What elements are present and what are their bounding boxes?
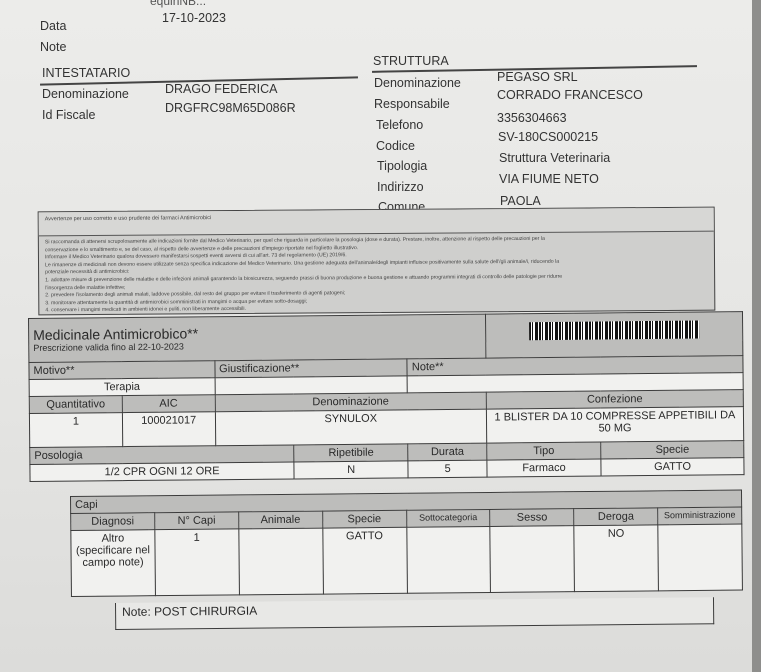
struttura-denominazione-value: PEGASO SRL — [497, 70, 578, 84]
tipologia-value: Struttura Veterinaria — [499, 151, 610, 165]
telefono-label: Telefono — [376, 118, 423, 132]
motivo-value: Terapia — [29, 378, 215, 397]
indirizzo-value: VIA FIUME NETO — [499, 172, 599, 186]
capi-somministrazione-value — [658, 524, 743, 591]
specie-value: GATTO — [601, 458, 744, 476]
data-value: 17-10-2023 — [162, 11, 226, 25]
id-fiscale-label: Id Fiscale — [42, 108, 96, 122]
note-label: Note — [40, 40, 66, 54]
comune-value: PAOLA — [500, 194, 541, 208]
responsabile-value: CORRADO FRANCESCO — [497, 88, 643, 102]
capi-header-deroga: Deroga — [574, 508, 658, 526]
quantitativo-header: Quantitativo — [29, 396, 122, 414]
capi-header-somministrazione: Somministrazione — [658, 507, 742, 525]
giustificazione-value — [215, 376, 408, 395]
data-label: Data — [40, 19, 66, 33]
giustificazione-header: Giustificazione** — [215, 359, 408, 378]
avvertenze-body: Si raccomanda di attenersi scrupolosamen… — [39, 232, 715, 319]
aic-header: AIC — [122, 395, 215, 413]
indirizzo-label: Indirizzo — [377, 180, 424, 194]
aic-value: 100021017 — [122, 412, 215, 447]
motivo-header: Motivo** — [29, 361, 215, 380]
prescription-paper: equinNB... Data 17-10-2023 Note INTESTAT… — [0, 0, 752, 672]
tipo-header: Tipo — [487, 442, 601, 460]
capi-deroga-value: NO — [574, 525, 659, 592]
ripetibile-header: Ripetibile — [294, 444, 408, 462]
capi-animale-value — [239, 528, 324, 595]
ripetibile-value: N — [294, 461, 408, 479]
id-fiscale-value: DRGFRC98M65D086R — [165, 101, 296, 115]
capi-header-n-capi: N° Capi — [155, 512, 239, 530]
cut-header-text: equinNB... — [150, 0, 206, 8]
durata-value: 5 — [408, 460, 487, 478]
specie-header: Specie — [601, 441, 744, 459]
medicinale-form: Medicinale Antimicrobico** Prescrizione … — [28, 311, 745, 482]
medicinale-header-cell: Medicinale Antimicrobico** Prescrizione … — [29, 314, 486, 362]
codice-value: SV-180CS000215 — [498, 130, 598, 144]
capi-sottocategoria-value — [406, 526, 491, 593]
intestatario-title: INTESTATARIO — [42, 66, 130, 80]
denominazione-value: SYNULOX — [215, 409, 487, 446]
capi-header-diagnosi: Diagnosi — [71, 513, 155, 531]
capi-note: Note: POST CHIRURGIA — [115, 597, 714, 630]
responsabile-label: Responsabile — [374, 97, 450, 111]
intestatario-denominazione-label: Denominazione — [42, 87, 129, 101]
capi-specie-value: GATTO — [322, 527, 407, 594]
codice-label: Codice — [376, 139, 415, 153]
intestatario-denominazione-value: DRAGO FEDERICA — [165, 82, 278, 96]
tipo-value: Farmaco — [487, 459, 601, 477]
capi-header-animale: Animale — [238, 511, 322, 529]
posologia-value: 1/2 CPR OGNI 12 ORE — [30, 462, 294, 482]
tipologia-label: Tipologia — [377, 159, 427, 173]
durata-header: Durata — [408, 443, 487, 461]
capi-n-capi-value: 1 — [155, 529, 240, 596]
struttura-title: STRUTTURA — [373, 54, 449, 68]
capi-table: Capi Diagnosi N° Capi Animale Specie Sot… — [70, 490, 743, 597]
confezione-value: 1 BLISTER DA 10 COMPRESSE APPETIBILI DA … — [486, 407, 743, 443]
background-edge — [752, 0, 761, 672]
capi-sesso-value — [490, 526, 575, 593]
barcode — [529, 321, 699, 341]
quantitativo-value: 1 — [29, 413, 122, 448]
avvertenze-box: Avvertenze per uso corretto e uso pruden… — [38, 207, 716, 316]
capi-diagnosi-value: Altro (specificare nel campo note) — [71, 530, 156, 597]
barcode-cell — [485, 312, 742, 358]
struttura-denominazione-label: Denominazione — [374, 76, 461, 90]
capi-header-specie: Specie — [322, 510, 406, 528]
capi-header-sottocategoria: Sottocategoria — [406, 509, 490, 527]
telefono-value: 3356304663 — [497, 111, 567, 125]
capi-header-sesso: Sesso — [490, 509, 574, 527]
